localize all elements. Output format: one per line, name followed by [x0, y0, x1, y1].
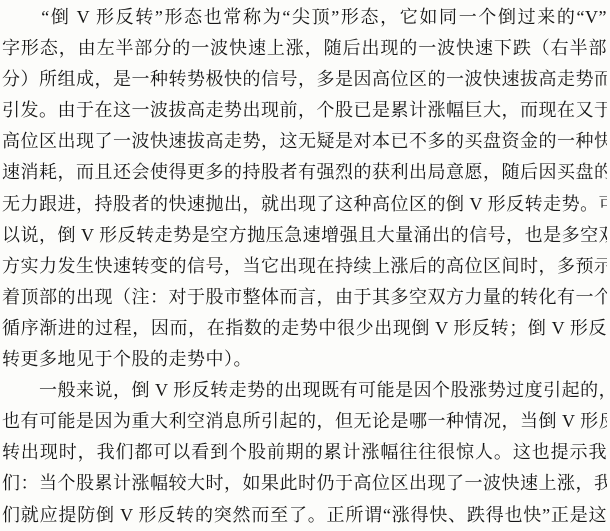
text-line: 以说，倒 V 形反转走势是空方抛压急速增强且大量涌出的信号，也是多空双: [2, 220, 607, 251]
text-line: 速消耗，而且还会使得更多的持股者有强烈的获利出局意愿，随后因买盘的: [2, 157, 607, 188]
text-line: 引发。由于在这一波拔高走势出现前，个股已是累计涨幅巨大，而现在又于: [2, 95, 607, 126]
text-line: 字形态，由左半部分的一波快速上涨，随后出现的一波快速下跌（右半部: [2, 33, 607, 64]
text-line: 转出现时，我们都可以看到个股前期的累计涨幅往往很惊人。这也提示我: [2, 437, 607, 468]
text-line: 分）所组成，是一种转势极快的信号，多是因高位区的一波快速拔高走势而: [2, 64, 607, 95]
page-text: “倒 V 形反转”形态也常称为“尖顶”形态，它如同一个倒过来的“V”字形态，由左…: [2, 2, 607, 531]
text-line: “倒 V 形反转”形态也常称为“尖顶”形态，它如同一个倒过来的“V”: [2, 2, 607, 33]
text-line: 着顶部的出现（注：对于股市整体而言，由于其多空双方力量的转化有一个: [2, 282, 607, 313]
text-line: 们就应提防倒 V 形反转的突然而至了。正所谓“涨得快、跌得也快”正是这: [2, 500, 607, 531]
text-line: 们：当个股累计涨幅较大时，如果此时仍于高位区出现了一波快速上涨，我: [2, 468, 607, 499]
text-line: 也有可能是因为重大利空消息所引起的，但无论是哪一种情况，当倒 V 形反: [2, 406, 607, 437]
text-line: 循序渐进的过程，因而，在指数的走势中很少出现倒 V 形反转；倒 V 形反: [2, 313, 607, 344]
text-line: 高位区出现了一波快速拔高走势，这无疑是对本已不多的买盘资金的一种快: [2, 126, 607, 157]
text-line: 方实力发生快速转变的信号，当它出现在持续上涨后的高位区间时，多预示: [2, 251, 607, 282]
text-line: 无力跟进，持股者的快速抛出，就出现了这种高位区的倒 V 形反转走势。可: [2, 189, 607, 220]
text-line: 一般来说，倒 V 形反转走势的出现既有可能是因个股涨势过度引起的，: [2, 375, 607, 406]
book-page: “倒 V 形反转”形态也常称为“尖顶”形态，它如同一个倒过来的“V”字形态，由左…: [0, 0, 610, 531]
text-line: 转更多地见于个股的走势中）。: [2, 344, 607, 375]
